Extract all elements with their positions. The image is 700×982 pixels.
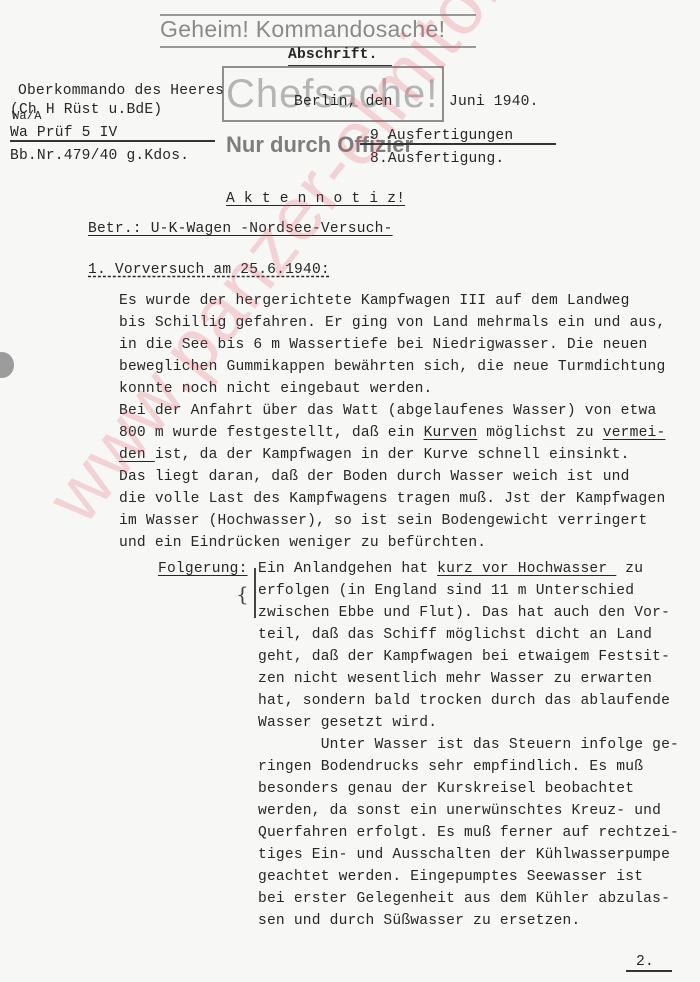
- emphasis-kurven: Kurven: [424, 425, 478, 441]
- paragraph-2-line-2: 800 m wurde festgestellt, daß ein Kurven…: [119, 422, 665, 444]
- conclusion-line: besonders genau der Kurskreisel beobacht…: [258, 778, 634, 800]
- paragraph-2-line: Das liegt daran, daß der Boden durch Was…: [119, 466, 630, 488]
- conclusion-line: Querfahren erfolgt. Es muß ferner auf re…: [258, 822, 679, 844]
- conclusion-line: tiges Ein- und Ausschalten der Kühlwasse…: [258, 844, 670, 866]
- conclusion-label: Folgerung:: [158, 558, 248, 580]
- punch-hole: [0, 352, 14, 378]
- conclusion-line: werden, da sonst ein unerwünschtes Kreuz…: [258, 800, 661, 822]
- conclusion-line: bei erster Gelegenheit aus dem Kühler ab…: [258, 888, 670, 910]
- conclusion-line: Wasser gesetzt wird.: [258, 712, 437, 734]
- copy-number: 8.Ausfertigung.: [370, 148, 504, 170]
- conclusion-line: Unter Wasser ist das Steuern infolge ge-: [258, 734, 679, 756]
- conclusion-line: erfolgen (in England sind 11 m Unterschi…: [258, 580, 634, 602]
- emphasis-high-tide: kurz vor Hochwasser: [437, 561, 616, 577]
- department-underline: [10, 140, 215, 142]
- org-overtype: Wa/A: [12, 109, 42, 123]
- document-title: A k t e n n o t i z!: [226, 188, 405, 210]
- paragraph-1-line: beweglichen Gummikappen bewährten sich, …: [119, 356, 665, 378]
- emphasis-vermeiden: vermei-: [603, 425, 666, 441]
- copy-label: Abschrift.: [288, 44, 378, 66]
- section-heading: 1. Vorversuch am 25.6.1940:: [88, 259, 330, 281]
- paragraph-2-line-3: den ist, da der Kampfwagen in der Kurve …: [119, 444, 630, 466]
- emphasis-vermeiden-cont: den: [119, 447, 155, 463]
- paragraph-1-line: konnte noch nicht eingebaut werden.: [119, 378, 433, 400]
- conclusion-line: zwischen Ebbe und Flut). Das hat auch de…: [258, 602, 670, 624]
- reference-number: Bb.Nr.479/40 g.Kdos.: [10, 145, 189, 167]
- date: Juni 1940.: [449, 91, 539, 113]
- conclusion-line: geht, daß der Kampfwagen bei etwaigem Fe…: [258, 646, 670, 668]
- text-run: ist, da der Kampfwagen in der Kurve schn…: [155, 447, 630, 463]
- text-run: zu: [616, 561, 643, 577]
- paragraph-1-line: in die See bis 6 m Wassertiefe bei Niedr…: [119, 334, 648, 356]
- place-date-prefix: Berlin, den: [294, 91, 393, 113]
- top-secret-stamp: Geheim! Kommandosache!: [160, 16, 445, 43]
- page-continuation-underline: [626, 970, 672, 972]
- subject-line: Betr.: U-K-Wagen -Nordsee-Versuch-: [88, 218, 393, 240]
- paragraph-2-line: und ein Eindrücken weniger zu befürchten…: [119, 532, 486, 554]
- conclusion-line: zen nicht wesentlich mehr Wasser zu erwa…: [258, 668, 652, 690]
- copies-total-underline: [360, 143, 556, 145]
- margin-handwritten-mark: {: [236, 582, 249, 606]
- text-run: Ein Anlandgehen hat: [258, 561, 437, 577]
- paragraph-1-line: Es wurde der hergerichtete Kampfwagen II…: [119, 290, 630, 312]
- paragraph-2-line: im Wasser (Hochwasser), so ist sein Bode…: [119, 510, 648, 532]
- conclusion-line: ringen Bodendrucks sehr empfindlich. Es …: [258, 756, 643, 778]
- text-run: möglichst zu: [477, 425, 602, 441]
- text-run: 800 m wurde festgestellt, daß ein: [119, 425, 424, 441]
- conclusion-line: teil, daß das Schiff möglichst dicht an …: [258, 624, 652, 646]
- paragraph-1-line: bis Schillig gefahren. Er ging von Land …: [119, 312, 665, 334]
- paragraph-2-line: die volle Last des Kampfwagens tragen mu…: [119, 488, 665, 510]
- document-page: Geheim! Kommandosache! Abschrift. Chefsa…: [0, 0, 700, 982]
- margin-bracket-mark: [254, 568, 256, 618]
- conclusion-line: geachtet werden. Eingepumptes Seewasser …: [258, 866, 643, 888]
- conclusion-line-1: Ein Anlandgehen hat kurz vor Hochwasser …: [258, 558, 643, 580]
- conclusion-line: hat, sondern bald trocken durch das abla…: [258, 690, 670, 712]
- paragraph-2-line-1: Bei der Anfahrt über das Watt (abgelaufe…: [119, 400, 656, 422]
- conclusion-line: sen und durch Süßwasser zu ersetzen.: [258, 910, 580, 932]
